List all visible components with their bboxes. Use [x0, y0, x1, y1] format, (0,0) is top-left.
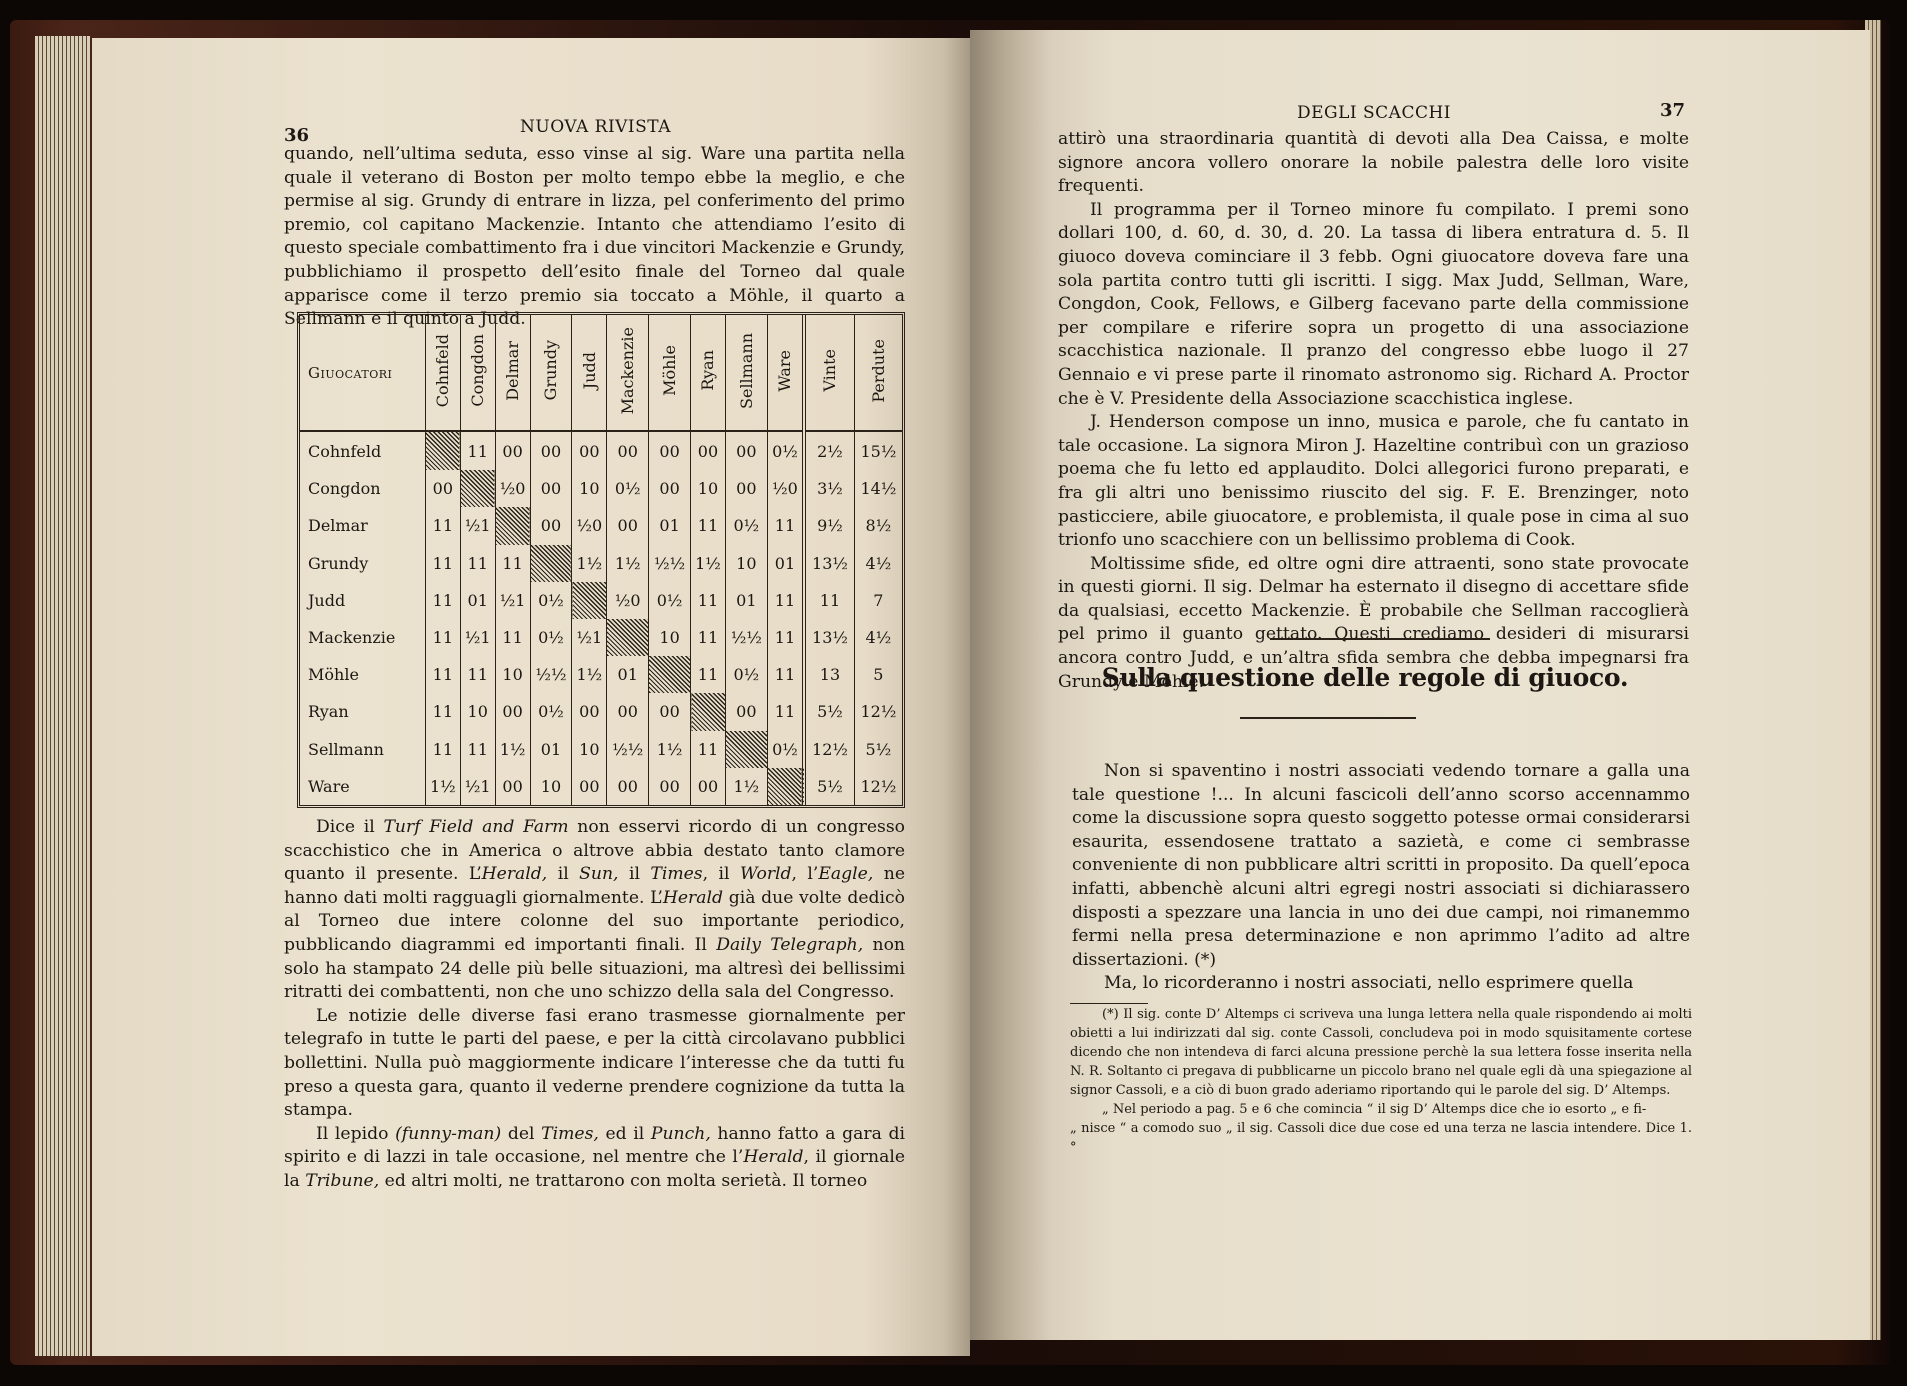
result-cell: 00: [691, 431, 726, 470]
running-head-left: NUOVA RIVISTA: [520, 117, 671, 137]
result-cell: 11: [425, 693, 460, 730]
result-cell: 1½: [572, 656, 607, 693]
result-cell: ½0: [495, 470, 530, 507]
result-cell: 00: [607, 693, 649, 730]
perdute-cell: 5½: [854, 731, 902, 768]
result-cell: 0½: [607, 470, 649, 507]
result-cell: 1½: [725, 768, 767, 805]
result-cell: ½½: [725, 619, 767, 656]
perdute-cell: 5: [854, 656, 902, 693]
column-header: Vinte: [804, 315, 854, 431]
result-cell: 00: [530, 507, 572, 544]
diagonal-hatched-cell: [691, 693, 726, 730]
column-header-label: Mackenzie: [618, 327, 637, 414]
result-cell: 10: [572, 470, 607, 507]
result-cell: 00: [607, 431, 649, 470]
footnote: (*) Il sig. conte D’ Altemps ci scriveva…: [1070, 1005, 1692, 1157]
table-row: Möhle111110½½1½01110½11135: [300, 656, 902, 693]
table-row: Congdon00½000100½001000½03½14½: [300, 470, 902, 507]
table-row: Delmar11½100½00001110½119½8½: [300, 507, 902, 544]
section-title: Sulla questione delle regole di giuoco.: [1040, 663, 1690, 692]
result-cell: 11: [691, 619, 726, 656]
result-cell: 00: [649, 470, 691, 507]
column-header-label: Sellmann: [737, 333, 756, 409]
result-cell: 0½: [767, 431, 804, 470]
result-cell: 01: [767, 545, 804, 582]
vinte-cell: 3½: [804, 470, 854, 507]
column-header: Ryan: [691, 315, 726, 431]
result-cell: 10: [725, 545, 767, 582]
table-row: Grundy1111111½1½½½1½100113½4½: [300, 545, 902, 582]
player-name: Judd: [300, 582, 425, 619]
result-cell: 11: [460, 656, 495, 693]
result-cell: 0½: [530, 582, 572, 619]
result-cell: 11: [767, 619, 804, 656]
result-cell: 11: [425, 731, 460, 768]
result-cell: 10: [495, 656, 530, 693]
result-cell: 11: [460, 431, 495, 470]
perdute-cell: 4½: [854, 545, 902, 582]
paragraph: Il programma per il Torneo minore fu com…: [1058, 199, 1689, 411]
table-header-row: GiuocatoriCohnfeldCongdonDelmarGrundyJud…: [300, 315, 902, 431]
result-cell: 00: [572, 768, 607, 805]
column-header: Perdute: [854, 315, 902, 431]
result-cell: ½½: [530, 656, 572, 693]
running-head-right: DEGLI SCACCHI: [1297, 103, 1451, 123]
paragraph: Il lepido (funny-man) del Times, ed il P…: [284, 1123, 905, 1194]
paragraph: quando, nell’ultima seduta, esso vinse a…: [284, 143, 905, 332]
result-cell: 00: [530, 431, 572, 470]
title-underline: [1240, 717, 1416, 719]
perdute-cell: 7: [854, 582, 902, 619]
table-row: Judd1101½10½½00½110111117: [300, 582, 902, 619]
result-cell: 0½: [530, 693, 572, 730]
result-cell: 01: [725, 582, 767, 619]
column-header-label: Ryan: [698, 350, 717, 391]
section-divider: [1270, 638, 1490, 640]
column-header-label: Delmar: [503, 341, 522, 401]
paragraph: attirò una straordinaria quantità di dev…: [1058, 128, 1689, 199]
result-cell: 00: [572, 431, 607, 470]
result-cell: 01: [530, 731, 572, 768]
result-cell: ½1: [460, 768, 495, 805]
result-cell: ½0: [572, 507, 607, 544]
result-cell: 0½: [725, 507, 767, 544]
vinte-cell: 9½: [804, 507, 854, 544]
player-name: Ryan: [300, 693, 425, 730]
player-name: Mackenzie: [300, 619, 425, 656]
column-header-label: Grundy: [541, 340, 560, 400]
result-cell: 10: [691, 470, 726, 507]
result-cell: 11: [425, 582, 460, 619]
diagonal-hatched-cell: [495, 507, 530, 544]
header-giuocatori: Giuocatori: [300, 315, 425, 431]
perdute-cell: 12½: [854, 768, 902, 805]
column-header: Mackenzie: [607, 315, 649, 431]
vinte-cell: 13: [804, 656, 854, 693]
result-cell: 11: [691, 656, 726, 693]
result-cell: 11: [691, 582, 726, 619]
result-cell: 1½: [495, 731, 530, 768]
scores-table: GiuocatoriCohnfeldCongdonDelmarGrundyJud…: [300, 315, 902, 805]
right-body-text: attirò una straordinaria quantità di dev…: [1058, 128, 1689, 694]
result-cell: 01: [649, 507, 691, 544]
diagonal-hatched-cell: [607, 619, 649, 656]
result-cell: 00: [495, 768, 530, 805]
column-header: Cohnfeld: [425, 315, 460, 431]
result-cell: 11: [460, 731, 495, 768]
table-row: Sellmann11111½0110½½1½110½12½5½: [300, 731, 902, 768]
result-cell: ½1: [495, 582, 530, 619]
vinte-cell: 5½: [804, 693, 854, 730]
vinte-cell: 13½: [804, 545, 854, 582]
result-cell: 00: [607, 768, 649, 805]
result-cell: 0½: [649, 582, 691, 619]
result-cell: 11: [691, 507, 726, 544]
result-cell: 01: [460, 582, 495, 619]
column-header: Judd: [572, 315, 607, 431]
result-cell: ½½: [607, 731, 649, 768]
footnote-divider: [1070, 1003, 1148, 1004]
result-cell: 1½: [691, 545, 726, 582]
result-cell: 11: [425, 507, 460, 544]
paragraph: J. Henderson compose un inno, musica e p…: [1058, 411, 1689, 553]
result-cell: ½0: [607, 582, 649, 619]
column-header-label: Vinte: [820, 349, 839, 392]
result-cell: 00: [649, 431, 691, 470]
perdute-cell: 8½: [854, 507, 902, 544]
result-cell: 00: [607, 507, 649, 544]
footnote-line: „ nisce “ a comodo suo „ il sig. Cassoli…: [1070, 1119, 1692, 1157]
result-cell: 0½: [725, 656, 767, 693]
result-cell: 00: [725, 470, 767, 507]
result-cell: 0½: [530, 619, 572, 656]
paragraph: Dice il Turf Field and Farm non esservi …: [284, 816, 905, 1005]
result-cell: 00: [495, 431, 530, 470]
result-cell: 11: [425, 619, 460, 656]
player-name: Ware: [300, 768, 425, 805]
result-cell: 11: [767, 656, 804, 693]
result-cell: 00: [572, 693, 607, 730]
diagonal-hatched-cell: [767, 768, 804, 805]
paragraph: Le notizie delle diverse fasi erano tras…: [284, 1005, 905, 1123]
diagonal-hatched-cell: [530, 545, 572, 582]
diagonal-hatched-cell: [725, 731, 767, 768]
result-cell: 11: [425, 656, 460, 693]
player-name: Delmar: [300, 507, 425, 544]
paragraph: Ma, lo ricorderanno i nostri associati, …: [1072, 972, 1690, 996]
result-cell: 00: [725, 693, 767, 730]
vinte-cell: 13½: [804, 619, 854, 656]
result-cell: 00: [649, 693, 691, 730]
table-row: Ware1½½10010000000001½5½12½: [300, 768, 902, 805]
column-header-label: Möhle: [660, 345, 679, 396]
column-header-label: Judd: [580, 352, 599, 389]
table-row: Cohnfeld11000000000000000½2½15½: [300, 431, 902, 470]
result-cell: 00: [649, 768, 691, 805]
vinte-cell: 11: [804, 582, 854, 619]
result-cell: 11: [425, 545, 460, 582]
player-name: Grundy: [300, 545, 425, 582]
result-cell: 11: [460, 545, 495, 582]
result-cell: ½1: [460, 619, 495, 656]
left-body-text: Dice il Turf Field and Farm non esservi …: [284, 816, 905, 1194]
result-cell: 1½: [607, 545, 649, 582]
result-cell: 11: [767, 507, 804, 544]
result-cell: 00: [530, 470, 572, 507]
player-name: Möhle: [300, 656, 425, 693]
result-cell: 1½: [425, 768, 460, 805]
column-header: Ware: [767, 315, 804, 431]
table-row: Mackenzie11½1110½½11011½½1113½4½: [300, 619, 902, 656]
footnote-line: (*) Il sig. conte D’ Altemps ci scriveva…: [1070, 1005, 1692, 1100]
result-cell: 10: [572, 731, 607, 768]
diagonal-hatched-cell: [649, 656, 691, 693]
column-header-label: Ware: [775, 350, 794, 392]
result-cell: ½1: [572, 619, 607, 656]
result-cell: 11: [495, 545, 530, 582]
column-header-label: Cohnfeld: [433, 334, 452, 407]
footnote-line: „ Nel periodo a pag. 5 e 6 che comincia …: [1070, 1100, 1692, 1119]
column-header: Grundy: [530, 315, 572, 431]
perdute-cell: 4½: [854, 619, 902, 656]
diagonal-hatched-cell: [460, 470, 495, 507]
table-row: Ryan1110000½00000000115½12½: [300, 693, 902, 730]
column-header: Sellmann: [725, 315, 767, 431]
page-number-right: 37: [1660, 100, 1685, 121]
vinte-cell: 5½: [804, 768, 854, 805]
result-cell: 00: [425, 470, 460, 507]
result-cell: 00: [495, 693, 530, 730]
result-cell: 11: [691, 731, 726, 768]
column-header: Delmar: [495, 315, 530, 431]
column-header-label: Congdon: [468, 334, 487, 407]
result-cell: 10: [649, 619, 691, 656]
result-cell: 00: [725, 431, 767, 470]
tournament-results-table: GiuocatoriCohnfeldCongdonDelmarGrundyJud…: [297, 312, 905, 808]
result-cell: 1½: [649, 731, 691, 768]
result-cell: 01: [607, 656, 649, 693]
left-intro-paragraph: quando, nell’ultima seduta, esso vinse a…: [284, 143, 905, 332]
perdute-cell: 14½: [854, 470, 902, 507]
player-name: Congdon: [300, 470, 425, 507]
diagonal-hatched-cell: [572, 582, 607, 619]
page-edges-left: [35, 36, 90, 1356]
perdute-cell: 12½: [854, 693, 902, 730]
result-cell: 11: [495, 619, 530, 656]
player-name: Cohnfeld: [300, 431, 425, 470]
result-cell: 1½: [572, 545, 607, 582]
result-cell: 10: [530, 768, 572, 805]
result-cell: 0½: [767, 731, 804, 768]
vinte-cell: 12½: [804, 731, 854, 768]
result-cell: ½1: [460, 507, 495, 544]
result-cell: 00: [691, 768, 726, 805]
section-body-text: Non si spaventino i nostri associati ved…: [1072, 760, 1690, 996]
column-header: Congdon: [460, 315, 495, 431]
result-cell: 10: [460, 693, 495, 730]
perdute-cell: 15½: [854, 431, 902, 470]
column-header-label: Perdute: [869, 339, 888, 403]
vinte-cell: 2½: [804, 431, 854, 470]
result-cell: 11: [767, 693, 804, 730]
player-name: Sellmann: [300, 731, 425, 768]
result-cell: ½0: [767, 470, 804, 507]
column-header: Möhle: [649, 315, 691, 431]
result-cell: 11: [767, 582, 804, 619]
paragraph: Non si spaventino i nostri associati ved…: [1072, 760, 1690, 972]
diagonal-hatched-cell: [425, 431, 460, 470]
result-cell: ½½: [649, 545, 691, 582]
